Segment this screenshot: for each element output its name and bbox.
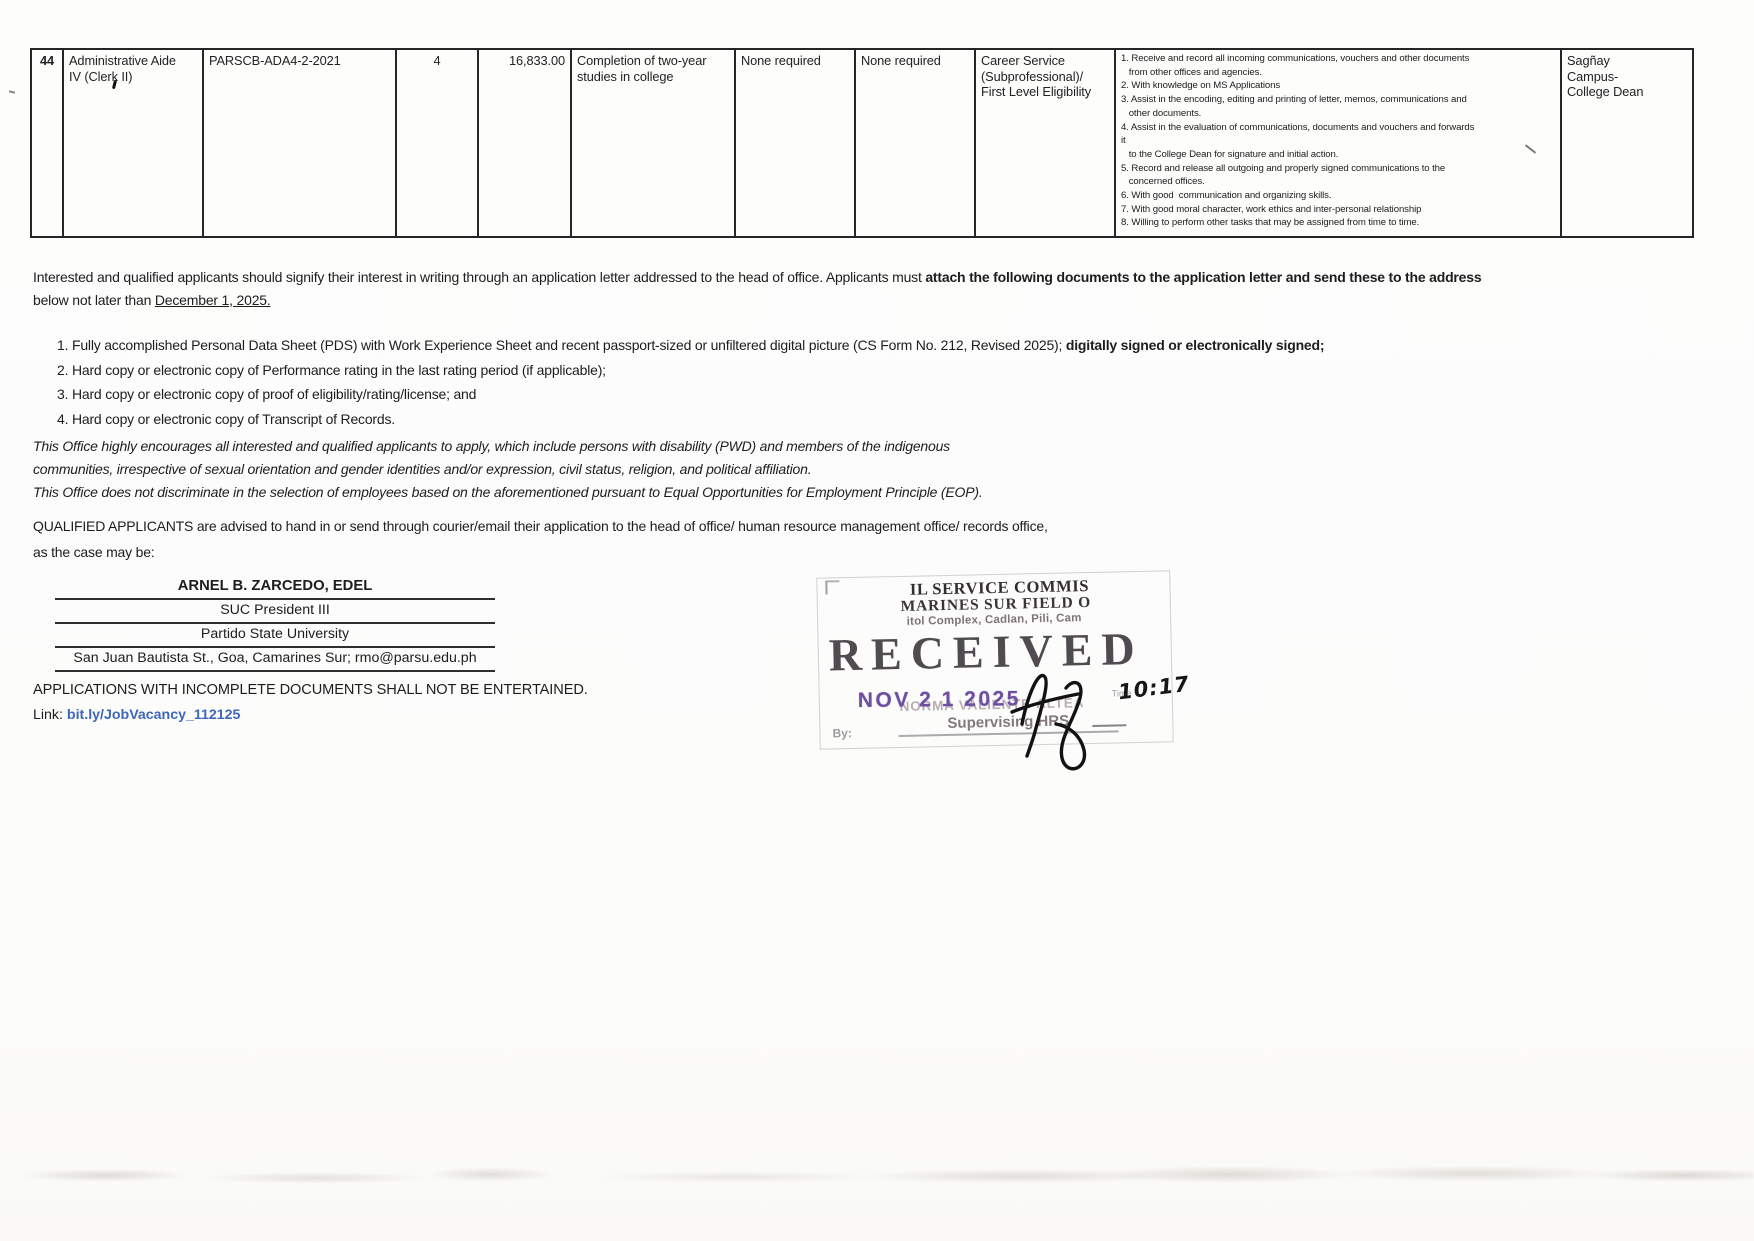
handwritten-signature — [1008, 660, 1128, 780]
signatory-name: ARNEL B. ZARCEDO, EDEL — [55, 577, 495, 600]
link-label: Link: — [33, 707, 63, 723]
qualified-applicants-paragraph: QUALIFIED APPLICANTS are advised to hand… — [33, 514, 1048, 565]
list-item: 7. With good moral character, work ethic… — [1121, 203, 1555, 217]
document-item-2: 2. Hard copy or electronic copy of Perfo… — [57, 358, 1324, 383]
list-item: concerned offices. — [1121, 175, 1555, 189]
intro-line-1: Interested and qualified applicants shou… — [33, 266, 1481, 289]
cell-eligibility: Career Service (Subprofessional)/ First … — [975, 49, 1115, 237]
cell-row-number: 44 — [31, 49, 63, 237]
list-item: 6. With good communication and organizin… — [1121, 189, 1555, 203]
cell-training: None required — [735, 49, 855, 237]
stamp-by-label: By: — [832, 726, 852, 740]
eop-paragraph: This Office highly encourages all intere… — [33, 435, 983, 504]
scanned-job-vacancy-document: { "colors": { "link_blue": "#3f66bd", "s… — [0, 0, 1754, 1241]
required-documents-list: 1. Fully accomplished Personal Data Shee… — [57, 333, 1324, 431]
signatory-block: ARNEL B. ZARCEDO, EDEL SUC President III… — [55, 577, 495, 673]
list-item: 4. Assist in the evaluation of communica… — [1121, 121, 1555, 135]
list-item: 2. With knowledge on MS Applications — [1121, 79, 1555, 93]
intro-paragraph: Interested and qualified applicants shou… — [33, 266, 1481, 312]
cell-duties: 1. Receive and record all incoming commu… — [1115, 49, 1561, 237]
signatory-address: San Juan Bautista St., Goa, Camarines Su… — [55, 649, 495, 672]
list-item: 5. Record and release all outgoing and p… — [1121, 162, 1555, 176]
cell-education: Completion of two-year studies in colleg… — [571, 49, 735, 237]
link-line: Link: bit.ly/JobVacancy_112125 — [33, 707, 240, 723]
scan-noise-band — [0, 1148, 1754, 1192]
deadline-date: December 1, 2025. — [155, 292, 271, 308]
list-item: from other offices and agencies. — [1121, 66, 1555, 80]
list-item: 8. Willing to perform other tasks that m… — [1121, 216, 1555, 228]
document-item-4: 4. Hard copy or electronic copy of Trans… — [57, 407, 1324, 432]
document-item-1: 1. Fully accomplished Personal Data Shee… — [57, 333, 1324, 358]
signatory-title: SUC President III — [55, 601, 495, 624]
list-item: 3. Assist in the encoding, editing and p… — [1121, 93, 1555, 107]
intro-line-2: below not later than December 1, 2025. — [33, 289, 1481, 312]
cell-monthly-salary: 16,833.00 — [478, 49, 571, 237]
cell-experience: None required — [855, 49, 975, 237]
cell-item-number: PARSCB-ADA4-2-2021 — [203, 49, 396, 237]
list-item: other documents. — [1121, 107, 1555, 121]
vacancy-table: 44 Administrative Aide IV (Clerk II) PAR… — [30, 48, 1694, 238]
incomplete-documents-warning: APPLICATIONS WITH INCOMPLETE DOCUMENTS S… — [33, 682, 588, 698]
signatory-org: Partido State University — [55, 625, 495, 648]
document-item-3: 3. Hard copy or electronic copy of proof… — [57, 382, 1324, 407]
stray-pen-mark-left — [9, 90, 15, 93]
job-vacancy-link: bit.ly/JobVacancy_112125 — [67, 707, 241, 723]
table-row: 44 Administrative Aide IV (Clerk II) PAR… — [31, 49, 1693, 237]
cell-vacancy-count: 4 — [396, 49, 478, 237]
cell-place-of-assignment: Sagñay Campus- College Dean — [1561, 49, 1693, 237]
duties-list: 1. Receive and record all incoming commu… — [1121, 52, 1555, 228]
list-item: to the College Dean for signature and in… — [1121, 148, 1555, 162]
list-item: 1. Receive and record all incoming commu… — [1121, 52, 1555, 66]
list-item: it — [1121, 134, 1555, 148]
cell-position-title: Administrative Aide IV (Clerk II) — [63, 49, 203, 237]
stamp-date: NOV 2 1 2025 — [858, 687, 1021, 713]
